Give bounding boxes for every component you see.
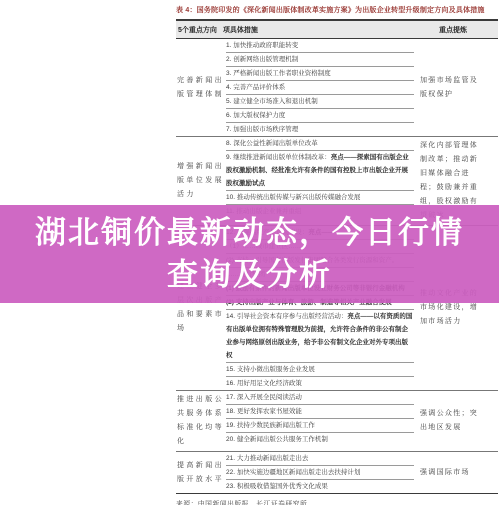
direction-label: 提高新闻出版开放水平 — [176, 452, 226, 493]
header-highlights: 重点提炼 — [410, 25, 496, 35]
banner-headline-line1: 湖北铜价最新动态，今日行情 — [35, 212, 464, 254]
table-row: 21. 大力推动新闻出版走出去 — [226, 452, 414, 466]
table-row: 7. 加强出版市场秩序管理 — [226, 123, 414, 136]
table-row: 22. 加快实施边疆地区新闻出版走出去扶持计划 — [226, 466, 414, 480]
table-row: 1. 加快推动政府职能转变 — [226, 39, 414, 53]
table-row: 20. 健全新闻出版公共服务工作机制 — [226, 433, 414, 446]
direction-label: 完善新闻出版管理体制 — [176, 39, 226, 136]
measures-column: 21. 大力推动新闻出版走出去22. 加快实施边疆地区新闻出版走出去扶持计划23… — [226, 452, 414, 493]
table-row: 6. 加大版权保护力度 — [226, 109, 414, 123]
table-row: 16. 用好用足文化经济政策 — [226, 377, 414, 390]
highlight-label: 加强市场监管及版权保护 — [414, 39, 498, 136]
header-measures: 项具体措施 — [223, 25, 410, 35]
table-title: 表 4：国务院印发的《深化新闻出版体制改革实施方案》为出版企业转型升级制定方向及… — [176, 6, 498, 15]
table-row: 5. 建立健全市场准入和退出机制 — [226, 95, 414, 109]
table-row: 8. 深化公益性新闻出版单位改革 — [226, 137, 414, 151]
highlight-label: 强调公众性；突出地区发展 — [414, 391, 498, 451]
table-row: 14. 引导社会资本有序参与出版经营活动：亮点——以有资质的国有出版单位拥有特殊… — [226, 310, 414, 363]
promo-banner-overlay: 湖北铜价最新动态，今日行情 查询及分析 — [0, 205, 499, 303]
table-row: 23. 积极吸收借鉴国外优秀文化成果 — [226, 480, 414, 493]
table-section: 提高新闻出版开放水平21. 大力推动新闻出版走出去22. 加快实施边疆地区新闻出… — [176, 452, 498, 493]
table-section: 推进出版公共服务体系标准化均等化17. 深入开展全民阅读活动18. 更好发挥农家… — [176, 391, 498, 452]
table-row: 9. 继续推进新闻出版单位体制改革：亮点——探索国有出版企业股权激励机制、经批准… — [226, 151, 414, 191]
table-header: 5个重点方向 项具体措施 重点提炼 — [176, 19, 498, 39]
table-row: 3. 严格新闻出版工作者职业资格制度 — [226, 67, 414, 81]
table-row: 2. 创新网络出版管理机制 — [226, 53, 414, 67]
header-directions: 5个重点方向 — [178, 25, 217, 35]
highlight-label: 强调国际市场 — [414, 452, 498, 493]
table-row: 19. 扶持少数民族新闻出版工作 — [226, 419, 414, 433]
measures-column: 17. 深入开展全民阅读活动18. 更好发挥农家书屋效能19. 扶持少数民族新闻… — [226, 391, 414, 451]
table-row: 4. 完善产品评价体系 — [226, 81, 414, 95]
table-row: 18. 更好发挥农家书屋效能 — [226, 405, 414, 419]
table-row: 10. 推动传统出版传媒与新兴出版传媒融合发展 — [226, 191, 414, 205]
table-section: 完善新闻出版管理体制1. 加快推动政府职能转变2. 创新网络出版管理机制3. 严… — [176, 39, 498, 137]
table-row: 15. 支持小微出版服务企业发展 — [226, 363, 414, 377]
direction-label: 推进出版公共服务体系标准化均等化 — [176, 391, 226, 451]
banner-headline-line2: 查询及分析 — [167, 254, 332, 296]
table-row: 17. 深入开展全民阅读活动 — [226, 391, 414, 405]
source-note: 来源：中国新闻出版报，长江证券研究所 — [176, 493, 498, 505]
measures-column: 1. 加快推动政府职能转变2. 创新网络出版管理机制3. 严格新闻出版工作者职业… — [226, 39, 414, 136]
